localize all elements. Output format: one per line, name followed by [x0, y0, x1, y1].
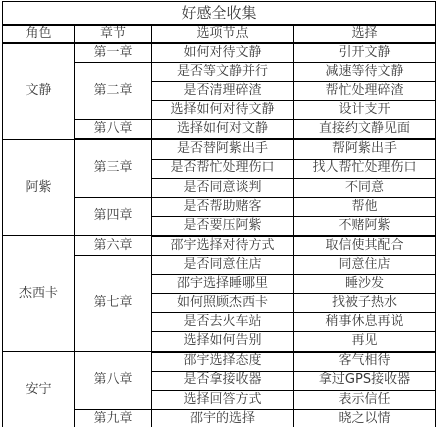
- chapter-cell: 第八章: [75, 120, 152, 140]
- choice-cell: 帮阿紫出手: [294, 139, 436, 159]
- column-header-node: 选项节点: [152, 25, 294, 43]
- chapter-cell: 第四章: [75, 197, 152, 236]
- column-header-character: 角色: [3, 25, 75, 43]
- table-row: 安宁第八章邵宇选择态度客气相待: [3, 352, 436, 372]
- option-node-cell: 选择如何告别: [152, 332, 294, 352]
- chapter-cell: 第三章: [75, 139, 152, 197]
- choice-cell: 拿过GPS接收器: [294, 371, 436, 390]
- option-node-cell: 选择如何对文静: [152, 120, 294, 140]
- page: 好感全收集 角色章节选项节点选择 文静第一章如何对待文静引开文静第二章是否等文静…: [0, 0, 437, 427]
- header-row: 角色章节选项节点选择: [3, 25, 436, 43]
- chapter-cell: 第八章: [75, 352, 152, 410]
- option-node-cell: 邵宇选择对待方式: [152, 236, 294, 256]
- chapter-cell: 第七章: [75, 256, 152, 352]
- choice-cell: 取信使其配合: [294, 236, 436, 256]
- option-node-cell: 选择如何对待文静: [152, 101, 294, 120]
- option-node-cell: 邵宇选择睡哪里: [152, 275, 294, 294]
- choice-cell: 找被子热水: [294, 294, 436, 313]
- option-node-cell: 是否同意谈判: [152, 178, 294, 197]
- column-header-chapter: 章节: [75, 25, 152, 43]
- choice-cell: 找人帮忙处理伤口: [294, 159, 436, 178]
- column-header-choice: 选择: [294, 25, 436, 43]
- character-cell: 阿紫: [3, 139, 75, 235]
- chapter-cell: 第一章: [75, 43, 152, 63]
- choice-cell: 晓之以情: [294, 409, 436, 427]
- option-node-cell: 是否清理碎渣: [152, 82, 294, 101]
- character-cell: 安宁: [3, 352, 75, 427]
- option-node-cell: 邵宇选择态度: [152, 352, 294, 372]
- choice-cell: 表示信任: [294, 390, 436, 409]
- chapter-cell: 第九章: [75, 409, 152, 427]
- table-body: 文静第一章如何对待文静引开文静第二章是否等文静并行减速等待文静是否清理碎渣帮忙处…: [3, 43, 436, 427]
- choice-cell: 引开文静: [294, 43, 436, 63]
- option-node-cell: 是否等文静并行: [152, 63, 294, 82]
- option-node-cell: 如何照顾杰西卡: [152, 294, 294, 313]
- page-title: 好感全收集: [3, 2, 436, 26]
- chapter-cell: 第六章: [75, 236, 152, 256]
- choice-cell: 同意住店: [294, 256, 436, 275]
- option-node-cell: 是否要压阿紫: [152, 216, 294, 236]
- choice-cell: 帮忙处理碎渣: [294, 82, 436, 101]
- choice-cell: 直接约文静见面: [294, 120, 436, 140]
- character-cell: 文静: [3, 43, 75, 139]
- option-node-cell: 是否同意住店: [152, 256, 294, 275]
- table-row: 阿紫第三章是否替阿紫出手帮阿紫出手: [3, 139, 436, 159]
- choice-cell: 客气相待: [294, 352, 436, 372]
- option-node-cell: 选择回答方式: [152, 390, 294, 409]
- favorability-table: 好感全收集 角色章节选项节点选择 文静第一章如何对待文静引开文静第二章是否等文静…: [2, 1, 436, 427]
- choice-cell: 睡沙发: [294, 275, 436, 294]
- title-row: 好感全收集: [3, 2, 436, 26]
- option-node-cell: 是否拿接收器: [152, 371, 294, 390]
- table-row: 杰西卡第六章邵宇选择对待方式取信使其配合: [3, 236, 436, 256]
- choice-cell: 再见: [294, 332, 436, 352]
- choice-cell: 稍事休息再说: [294, 313, 436, 332]
- option-node-cell: 如何对待文静: [152, 43, 294, 63]
- option-node-cell: 是否替阿紫出手: [152, 139, 294, 159]
- option-node-cell: 是否帮忙处理伤口: [152, 159, 294, 178]
- option-node-cell: 是否帮助赌客: [152, 197, 294, 216]
- choice-cell: 减速等待文静: [294, 63, 436, 82]
- option-node-cell: 是否去火车站: [152, 313, 294, 332]
- choice-cell: 设计支开: [294, 101, 436, 120]
- choice-cell: 不同意: [294, 178, 436, 197]
- table-row: 文静第一章如何对待文静引开文静: [3, 43, 436, 63]
- chapter-cell: 第二章: [75, 63, 152, 120]
- choice-cell: 不赌阿紫: [294, 216, 436, 236]
- character-cell: 杰西卡: [3, 236, 75, 352]
- choice-cell: 帮他: [294, 197, 436, 216]
- option-node-cell: 邵宇的选择: [152, 409, 294, 427]
